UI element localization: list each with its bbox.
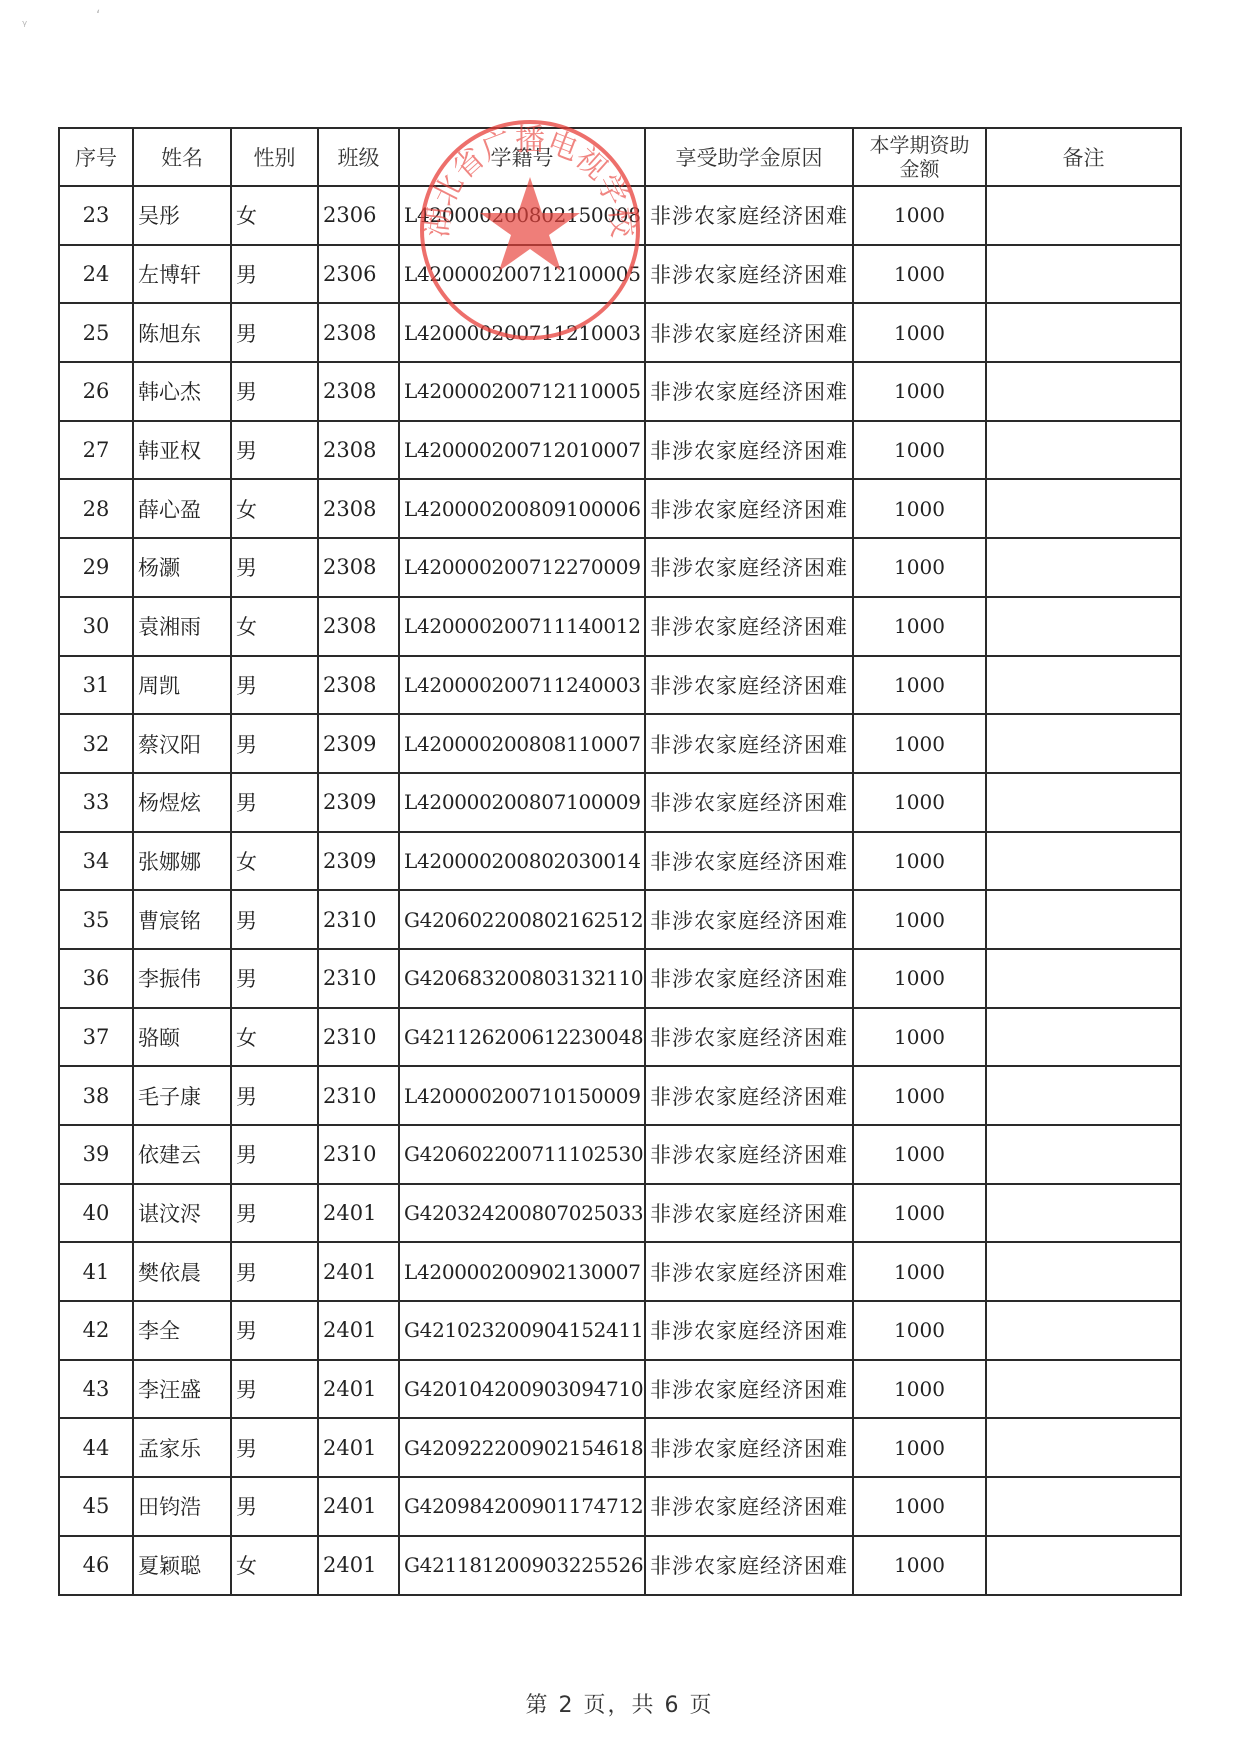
remark-cell — [986, 1125, 1181, 1184]
gender-cell: 男 — [231, 245, 318, 304]
row-number-cell: 25 — [59, 303, 133, 362]
gender-cell: 男 — [231, 1301, 318, 1360]
student-id-cell: L420000200711210003 — [399, 303, 645, 362]
class-cell: 2308 — [318, 597, 399, 656]
class-cell: 2308 — [318, 656, 399, 715]
student-id-cell: L420000200809100006 — [399, 479, 645, 538]
gender-cell: 女 — [231, 597, 318, 656]
subsidy-reason-cell: 非涉农家庭经济困难 — [645, 245, 853, 304]
row-number-cell: 42 — [59, 1301, 133, 1360]
remark-cell — [986, 538, 1181, 597]
subsidy-amount-cell: 1000 — [853, 714, 986, 773]
student-id-cell: G420104200903094710 — [399, 1360, 645, 1419]
subsidy-amount-cell: 1000 — [853, 479, 986, 538]
subsidy-reason-cell: 非涉农家庭经济困难 — [645, 362, 853, 421]
student-id-cell: L420000200712100005 — [399, 245, 645, 304]
class-cell: 2310 — [318, 1066, 399, 1125]
student-id-cell: G420324200807025033 — [399, 1184, 645, 1243]
student-id-cell: L420000200802030014 — [399, 832, 645, 891]
table-row: 25陈旭东男2308L420000200711210003非涉农家庭经济困难10… — [59, 303, 1181, 362]
remark-cell — [986, 1242, 1181, 1301]
student-name-cell: 韩心杰 — [133, 362, 231, 421]
row-number-cell: 38 — [59, 1066, 133, 1125]
header-reason: 享受助学金原因 — [645, 128, 853, 186]
subsidy-amount-cell: 1000 — [853, 362, 986, 421]
student-name-cell: 左博轩 — [133, 245, 231, 304]
remark-cell — [986, 186, 1181, 245]
table-row: 42李全男2401G421023200904152411非涉农家庭经济困难100… — [59, 1301, 1181, 1360]
table-row: 39依建云男2310G420602200711102530非涉农家庭经济困难10… — [59, 1125, 1181, 1184]
remark-cell — [986, 362, 1181, 421]
row-number-cell: 34 — [59, 832, 133, 891]
class-cell: 2308 — [318, 538, 399, 597]
student-name-cell: 张娜娜 — [133, 832, 231, 891]
class-cell: 2308 — [318, 303, 399, 362]
student-id-cell: L420000200712110005 — [399, 362, 645, 421]
student-id-cell: L420000200712270009 — [399, 538, 645, 597]
table-row: 29杨灏男2308L420000200712270009非涉农家庭经济困难100… — [59, 538, 1181, 597]
class-cell: 2308 — [318, 362, 399, 421]
gender-cell: 男 — [231, 773, 318, 832]
gender-cell: 男 — [231, 362, 318, 421]
subsidy-amount-cell: 1000 — [853, 1536, 986, 1595]
gender-cell: 男 — [231, 1477, 318, 1536]
row-number-cell: 30 — [59, 597, 133, 656]
table-row: 37骆颐女2310G421126200612230048非涉农家庭经济困难100… — [59, 1008, 1181, 1067]
student-name-cell: 周凯 — [133, 656, 231, 715]
header-gender: 性别 — [231, 128, 318, 186]
remark-cell — [986, 890, 1181, 949]
subsidy-reason-cell: 非涉农家庭经济困难 — [645, 1301, 853, 1360]
row-number-cell: 41 — [59, 1242, 133, 1301]
student-name-cell: 蔡汉阳 — [133, 714, 231, 773]
row-number-cell: 43 — [59, 1360, 133, 1419]
row-number-cell: 39 — [59, 1125, 133, 1184]
row-number-cell: 33 — [59, 773, 133, 832]
gender-cell: 男 — [231, 421, 318, 480]
row-number-cell: 27 — [59, 421, 133, 480]
remark-cell — [986, 245, 1181, 304]
page-footer: 第 2 页，共 6 页 — [0, 1688, 1239, 1719]
subsidy-amount-cell: 1000 — [853, 1301, 986, 1360]
student-id-cell: L420000200712010007 — [399, 421, 645, 480]
subsidy-amount-cell: 1000 — [853, 656, 986, 715]
student-id-cell: L420000200710150009 — [399, 1066, 645, 1125]
remark-cell — [986, 597, 1181, 656]
gender-cell: 女 — [231, 186, 318, 245]
gender-cell: 男 — [231, 303, 318, 362]
table-row: 35曹宸铭男2310G420602200802162512非涉农家庭经济困难10… — [59, 890, 1181, 949]
subsidy-reason-cell: 非涉农家庭经济困难 — [645, 773, 853, 832]
header-name: 姓名 — [133, 128, 231, 186]
table-body: 23吴彤女2306L42000020080215000​8非涉农家庭经济困难10… — [59, 186, 1181, 1595]
remark-cell — [986, 1301, 1181, 1360]
student-name-cell: 骆颐 — [133, 1008, 231, 1067]
remark-cell — [986, 832, 1181, 891]
subsidy-reason-cell: 非涉农家庭经济困难 — [645, 1242, 853, 1301]
gender-cell: 男 — [231, 714, 318, 773]
student-name-cell: 樊依晨 — [133, 1242, 231, 1301]
subsidy-reason-cell: 非涉农家庭经济困难 — [645, 1066, 853, 1125]
gender-cell: 男 — [231, 890, 318, 949]
subsidy-reason-cell: 非涉农家庭经济困难 — [645, 1184, 853, 1243]
student-name-cell: 夏颖聪 — [133, 1536, 231, 1595]
remark-cell — [986, 421, 1181, 480]
subsidy-amount-cell: 1000 — [853, 1125, 986, 1184]
subsidy-reason-cell: 非涉农家庭经济困难 — [645, 421, 853, 480]
class-cell: 2401 — [318, 1418, 399, 1477]
subsidy-amount-cell: 1000 — [853, 1418, 986, 1477]
table-row: 32蔡汉阳男2309L420000200808110007非涉农家庭经济困难10… — [59, 714, 1181, 773]
subsidy-reason-cell: 非涉农家庭经济困难 — [645, 186, 853, 245]
student-name-cell: 依建云 — [133, 1125, 231, 1184]
subsidy-amount-cell: 1000 — [853, 1242, 986, 1301]
table-row: 36李振伟男2310G420683200803132110非涉农家庭经济困难10… — [59, 949, 1181, 1008]
class-cell: 2401 — [318, 1477, 399, 1536]
table-row: 23吴彤女2306L42000020080215000​8非涉农家庭经济困难10… — [59, 186, 1181, 245]
student-name-cell: 李汪盛 — [133, 1360, 231, 1419]
class-cell: 2310 — [318, 1008, 399, 1067]
subsidy-reason-cell: 非涉农家庭经济困难 — [645, 597, 853, 656]
header-no: 序号 — [59, 128, 133, 186]
student-name-cell: 毛子康 — [133, 1066, 231, 1125]
student-name-cell: 吴彤 — [133, 186, 231, 245]
gender-cell: 男 — [231, 1184, 318, 1243]
class-cell: 2306 — [318, 186, 399, 245]
subsidy-amount-cell: 1000 — [853, 1008, 986, 1067]
gender-cell: 女 — [231, 1536, 318, 1595]
subsidy-amount-cell: 1000 — [853, 949, 986, 1008]
class-cell: 2306 — [318, 245, 399, 304]
remark-cell — [986, 773, 1181, 832]
gender-cell: 男 — [231, 1360, 318, 1419]
student-id-cell: G420984200901174712 — [399, 1477, 645, 1536]
remark-cell — [986, 1477, 1181, 1536]
class-cell: 2309 — [318, 773, 399, 832]
class-cell: 2308 — [318, 421, 399, 480]
remark-cell — [986, 479, 1181, 538]
gender-cell: 男 — [231, 538, 318, 597]
subsidy-reason-cell: 非涉农家庭经济困难 — [645, 890, 853, 949]
table-row: 45田钧浩男2401G420984200901174712非涉农家庭经济困难10… — [59, 1477, 1181, 1536]
student-name-cell: 杨灏 — [133, 538, 231, 597]
class-cell: 2310 — [318, 890, 399, 949]
class-cell: 2310 — [318, 949, 399, 1008]
subsidy-reason-cell: 非涉农家庭经济困难 — [645, 1418, 853, 1477]
row-number-cell: 29 — [59, 538, 133, 597]
gender-cell: 男 — [231, 1125, 318, 1184]
table-row: 31周凯男2308L420000200711240003非涉农家庭经济困难100… — [59, 656, 1181, 715]
class-cell: 2401 — [318, 1536, 399, 1595]
gender-cell: 男 — [231, 1066, 318, 1125]
subsidy-amount-cell: 1000 — [853, 1066, 986, 1125]
student-id-cell: L420000200807100009 — [399, 773, 645, 832]
row-number-cell: 46 — [59, 1536, 133, 1595]
student-id-cell: L420000200711240003 — [399, 656, 645, 715]
row-number-cell: 36 — [59, 949, 133, 1008]
remark-cell — [986, 303, 1181, 362]
subsidy-reason-cell: 非涉农家庭经济困难 — [645, 1125, 853, 1184]
subsidy-amount-cell: 1000 — [853, 773, 986, 832]
gender-cell: 男 — [231, 656, 318, 715]
student-id-cell: L42000020080215000​8 — [399, 186, 645, 245]
student-name-cell: 曹宸铭 — [133, 890, 231, 949]
student-name-cell: 李振伟 — [133, 949, 231, 1008]
subsidy-reason-cell: 非涉农家庭经济困难 — [645, 538, 853, 597]
table-row: 34张娜娜女2309L420000200802030014非涉农家庭经济困难10… — [59, 832, 1181, 891]
header-amount-line1: 本学期资助 — [870, 133, 970, 157]
class-cell: 2401 — [318, 1301, 399, 1360]
header-amount-line2: 金额 — [900, 157, 940, 181]
class-cell: 2309 — [318, 714, 399, 773]
class-cell: 2401 — [318, 1360, 399, 1419]
row-number-cell: 37 — [59, 1008, 133, 1067]
table-row: 30袁湘雨女2308L420000200711140012非涉农家庭经济困难10… — [59, 597, 1181, 656]
student-name-cell: 田钧浩 — [133, 1477, 231, 1536]
row-number-cell: 32 — [59, 714, 133, 773]
remark-cell — [986, 656, 1181, 715]
student-id-cell: G420683200803132110 — [399, 949, 645, 1008]
table-row: 44孟家乐男2401G420922200902154618非涉农家庭经济困难10… — [59, 1418, 1181, 1477]
remark-cell — [986, 1008, 1181, 1067]
student-name-cell: 杨煜炫 — [133, 773, 231, 832]
subsidy-reason-cell: 非涉农家庭经济困难 — [645, 656, 853, 715]
table-header-row: 序号 姓名 性别 班级 学籍号 享受助学金原因 本学期资助 金额 备注 — [59, 128, 1181, 186]
table-row: 27韩亚权男2308L420000200712010007非涉农家庭经济困难10… — [59, 421, 1181, 480]
student-name-cell: 谌汶浕 — [133, 1184, 231, 1243]
table-row: 24左博轩男2306L420000200712100005非涉农家庭经济困难10… — [59, 245, 1181, 304]
subsidy-amount-cell: 1000 — [853, 1477, 986, 1536]
table-row: 46夏颖聪女2401G421181200903225526非涉农家庭经济困难10… — [59, 1536, 1181, 1595]
remark-cell — [986, 1184, 1181, 1243]
student-id-cell: G421181200903225526 — [399, 1536, 645, 1595]
subsidy-table: 序号 姓名 性别 班级 学籍号 享受助学金原因 本学期资助 金额 备注 23吴彤… — [58, 127, 1182, 1596]
table-row: 38毛子康男2310L420000200710150009非涉农家庭经济困难10… — [59, 1066, 1181, 1125]
subsidy-reason-cell: 非涉农家庭经济困难 — [645, 1360, 853, 1419]
student-id-cell: L420000200711140012 — [399, 597, 645, 656]
student-name-cell: 李全 — [133, 1301, 231, 1360]
scan-mark: ʻ — [96, 8, 100, 24]
student-id-cell: G420922200902154618 — [399, 1418, 645, 1477]
subsidy-reason-cell: 非涉农家庭经济困难 — [645, 1477, 853, 1536]
class-cell: 2401 — [318, 1184, 399, 1243]
subsidy-reason-cell: 非涉农家庭经济困难 — [645, 1008, 853, 1067]
subsidy-amount-cell: 1000 — [853, 832, 986, 891]
student-id-cell: G420602200802162512 — [399, 890, 645, 949]
subsidy-reason-cell: 非涉农家庭经济困难 — [645, 714, 853, 773]
subsidy-amount-cell: 1000 — [853, 421, 986, 480]
gender-cell: 女 — [231, 1008, 318, 1067]
subsidy-amount-cell: 1000 — [853, 1360, 986, 1419]
remark-cell — [986, 714, 1181, 773]
table-row: 43李汪盛男2401G420104200903094710非涉农家庭经济困难10… — [59, 1360, 1181, 1419]
scan-mark: ᵞ — [22, 18, 27, 34]
remark-cell — [986, 949, 1181, 1008]
student-name-cell: 陈旭东 — [133, 303, 231, 362]
student-name-cell: 袁湘雨 — [133, 597, 231, 656]
table-row: 33杨煜炫男2309L420000200807100009非涉农家庭经济困难10… — [59, 773, 1181, 832]
subsidy-amount-cell: 1000 — [853, 1184, 986, 1243]
class-cell: 2310 — [318, 1125, 399, 1184]
subsidy-reason-cell: 非涉农家庭经济困难 — [645, 479, 853, 538]
class-cell: 2309 — [318, 832, 399, 891]
row-number-cell: 40 — [59, 1184, 133, 1243]
gender-cell: 女 — [231, 832, 318, 891]
student-id-cell: L420000200808110007 — [399, 714, 645, 773]
subsidy-amount-cell: 1000 — [853, 890, 986, 949]
remark-cell — [986, 1418, 1181, 1477]
subsidy-amount-cell: 1000 — [853, 186, 986, 245]
gender-cell: 女 — [231, 479, 318, 538]
header-amount: 本学期资助 金额 — [853, 128, 986, 186]
remark-cell — [986, 1536, 1181, 1595]
remark-cell — [986, 1066, 1181, 1125]
gender-cell: 男 — [231, 949, 318, 1008]
class-cell: 2401 — [318, 1242, 399, 1301]
student-name-cell: 孟家乐 — [133, 1418, 231, 1477]
student-id-cell: G421126200612230048 — [399, 1008, 645, 1067]
row-number-cell: 45 — [59, 1477, 133, 1536]
student-name-cell: 薛心盈 — [133, 479, 231, 538]
gender-cell: 男 — [231, 1418, 318, 1477]
subsidy-amount-cell: 1000 — [853, 597, 986, 656]
remark-cell — [986, 1360, 1181, 1419]
row-number-cell: 28 — [59, 479, 133, 538]
row-number-cell: 23 — [59, 186, 133, 245]
student-name-cell: 韩亚权 — [133, 421, 231, 480]
row-number-cell: 26 — [59, 362, 133, 421]
student-id-cell: G420602200711102530 — [399, 1125, 645, 1184]
subsidy-amount-cell: 1000 — [853, 245, 986, 304]
class-cell: 2308 — [318, 479, 399, 538]
row-number-cell: 35 — [59, 890, 133, 949]
student-id-cell: L420000200902130007 — [399, 1242, 645, 1301]
header-student-id: 学籍号 — [399, 128, 645, 186]
subsidy-reason-cell: 非涉农家庭经济困难 — [645, 1536, 853, 1595]
student-id-cell: G421023200904152411 — [399, 1301, 645, 1360]
table-row: 41樊依晨男2401L420000200902130007非涉农家庭经济困难10… — [59, 1242, 1181, 1301]
table-row: 28薛心盈女2308L420000200809100006非涉农家庭经济困难10… — [59, 479, 1181, 538]
row-number-cell: 44 — [59, 1418, 133, 1477]
header-remark: 备注 — [986, 128, 1181, 186]
subsidy-amount-cell: 1000 — [853, 303, 986, 362]
row-number-cell: 31 — [59, 656, 133, 715]
table-row: 26韩心杰男2308L420000200712110005非涉农家庭经济困难10… — [59, 362, 1181, 421]
subsidy-reason-cell: 非涉农家庭经济困难 — [645, 949, 853, 1008]
subsidy-reason-cell: 非涉农家庭经济困难 — [645, 303, 853, 362]
subsidy-reason-cell: 非涉农家庭经济困难 — [645, 832, 853, 891]
row-number-cell: 24 — [59, 245, 133, 304]
subsidy-amount-cell: 1000 — [853, 538, 986, 597]
gender-cell: 男 — [231, 1242, 318, 1301]
table-row: 40谌汶浕男2401G420324200807025033非涉农家庭经济困难10… — [59, 1184, 1181, 1243]
header-class: 班级 — [318, 128, 399, 186]
